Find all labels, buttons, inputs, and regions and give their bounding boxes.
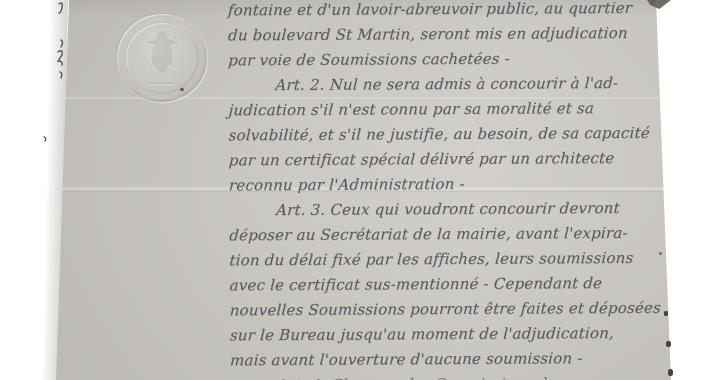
manuscript-line: nouvelles Soumissions pourront être fait…	[229, 296, 667, 324]
manuscript-line: par voie de Soumissions cachetées -	[227, 46, 665, 74]
eagle-icon	[131, 24, 193, 90]
manuscript-line-article-4-partial: Art. 4. Chacune des Soumissions devra …	[230, 371, 667, 380]
manuscript-line-article-2: Art. 2. Nul ne sera admis à concourir à …	[228, 71, 666, 99]
margin-ink-marks	[28, 0, 70, 190]
manuscript-line: du boulevard St Martin, seront mis en ad…	[227, 21, 665, 49]
manuscript-line: reconnu par l'Administration -	[228, 171, 666, 199]
manuscript-line: avec le certificat sus-mentionné - Cepen…	[229, 271, 667, 299]
manuscript-line: mais avant l'ouverture d'aucune soumissi…	[229, 346, 667, 374]
photo-background: fontaine et d'un lavoir-abreuvoir public…	[0, 0, 720, 380]
manuscript-line: sur le Bureau jusqu'au moment de l'adjud…	[229, 321, 667, 349]
manuscript-line: fontaine et d'un lavoir-abreuvoir public…	[227, 0, 665, 23]
edge-speck	[666, 341, 671, 347]
manuscript-line: tion du délai fixé par les affiches, leu…	[229, 246, 667, 274]
manuscript-line-article-3: Art. 3. Ceux qui voudront concourir devr…	[228, 196, 666, 224]
manuscript-page: fontaine et d'un lavoir-abreuvoir public…	[0, 0, 720, 380]
embossed-imperial-eagle-seal-icon	[117, 14, 207, 102]
manuscript-text: fontaine et d'un lavoir-abreuvoir public…	[228, 0, 666, 380]
edge-speck	[668, 369, 673, 376]
manuscript-line: déposer au Secrétariat de la mairie, ava…	[228, 221, 666, 249]
manuscript-line: solvabilité, et s'il ne justifie, au bes…	[228, 121, 666, 149]
edge-speck	[659, 252, 662, 255]
manuscript-line: judication s'il n'est connu par sa moral…	[228, 96, 666, 124]
edge-speck	[664, 311, 668, 316]
manuscript-line: par un certificat spécial délivré par un…	[228, 146, 666, 174]
ink-speck	[180, 88, 184, 91]
